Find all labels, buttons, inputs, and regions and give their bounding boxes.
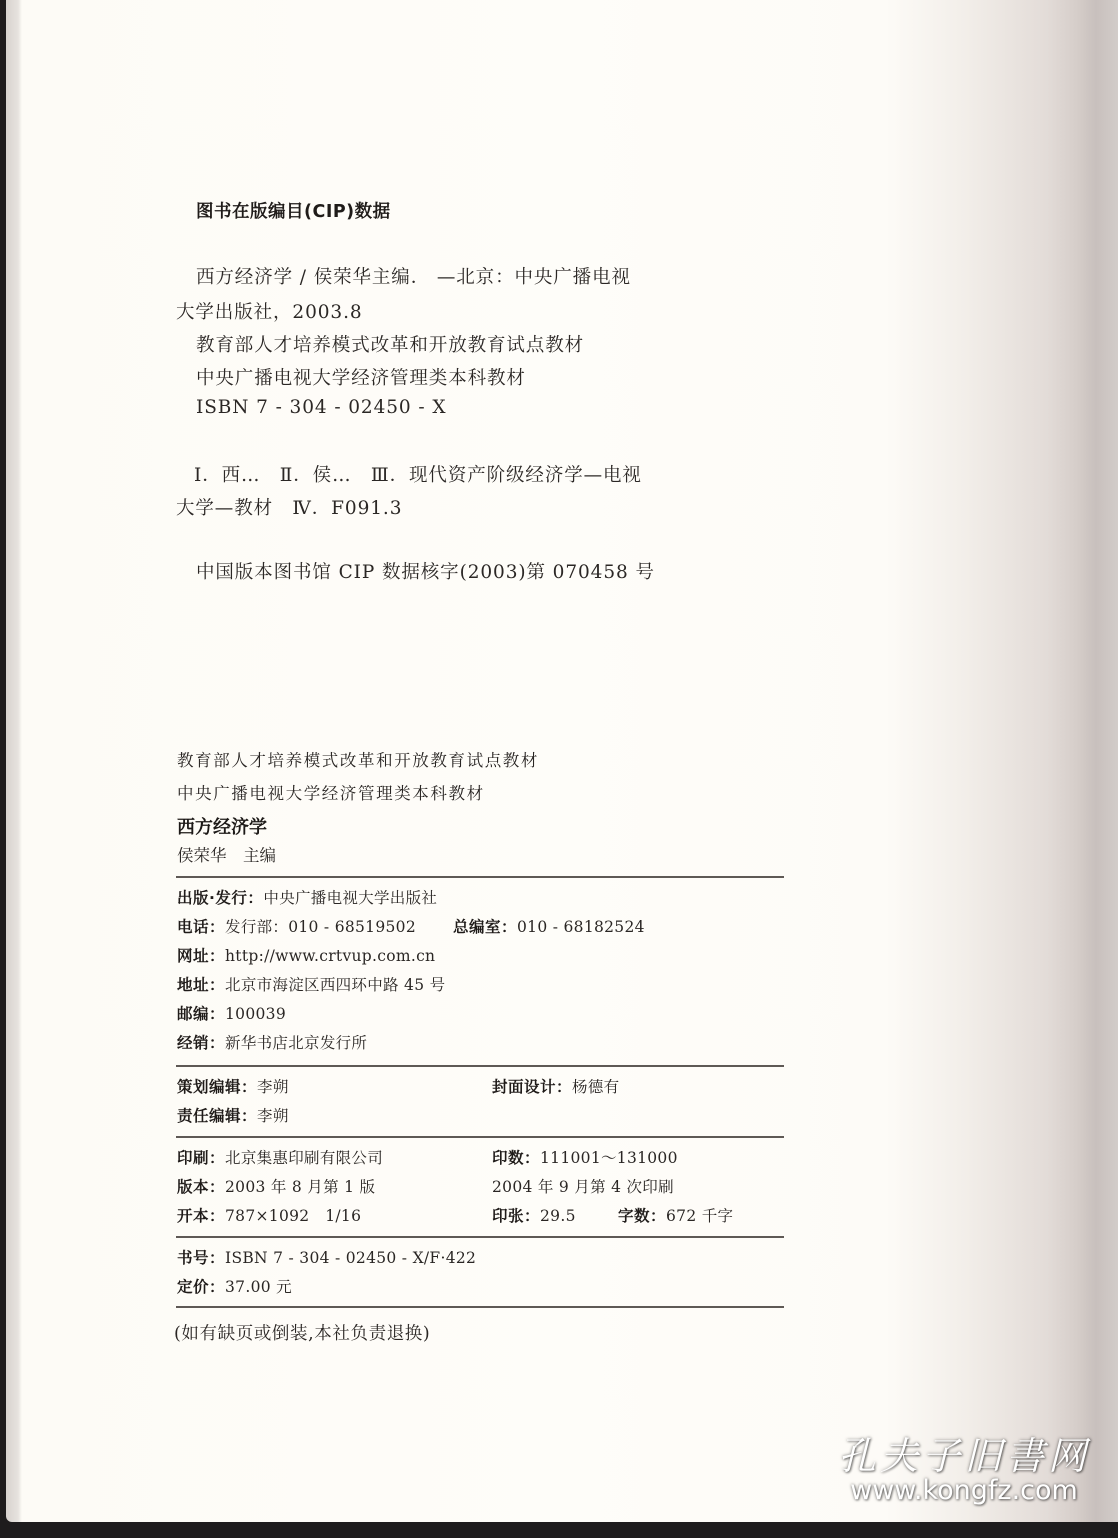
print-run-row: 印数：111001～131000 [492,1146,678,1168]
postcode-row: 邮编：100039 [177,1002,286,1024]
distributor-row: 经销：新华书店北京发行所 [177,1031,367,1053]
address-value: 北京市海淀区西四环中路 45 号 [225,976,445,994]
cover-design-row: 封面设计：杨德有 [492,1075,619,1097]
divider [176,1236,784,1238]
responsible-editor-label: 责任编辑： [177,1107,257,1125]
website-row: 网址：http://www.crtvup.com.cn [177,944,435,966]
watermark-name: 孔夫子旧書网 [838,1436,1090,1476]
cip-entry-line2: 大学出版社，2003.8 [176,298,363,324]
sheets-label: 印张： [492,1207,540,1225]
printer-row: 印刷：北京集惠印刷有限公司 [177,1146,383,1168]
edition-row: 版本：2003 年 8 月第 1 版 [177,1175,375,1197]
distributor-value: 新华书店北京发行所 [225,1034,367,1052]
book-copyright-page: 图书在版编目(CIP)数据 西方经济学 / 侯荣华主编． —北京：中央广播电视 … [6,0,1118,1522]
word-count-label: 字数： [618,1207,666,1225]
phone-editorial-row: 总编室：010 - 68182524 [453,915,645,937]
sheets-value: 29.5 [540,1207,576,1225]
return-notice: (如有缺页或倒装,本社负责退换) [174,1320,430,1345]
cover-design-label: 封面设计： [492,1078,572,1096]
colophon-series1: 教育部人才培养模式改革和开放教育试点教材 [177,747,539,771]
print-run-label: 印数： [492,1149,540,1167]
price-row: 定价：37.00 元 [177,1275,292,1297]
phone-row: 电话：发行部：010 - 68519502 [177,915,416,937]
phone-label: 电话： [177,918,225,936]
distributor-label: 经销： [177,1034,225,1052]
phone-distribution: 发行部：010 - 68519502 [225,918,416,936]
sheets-row: 印张：29.5 [492,1204,576,1226]
planning-editor-row: 策划编辑：李朔 [177,1075,289,1097]
print-run-value: 111001～131000 [540,1149,678,1167]
publisher-row: 出版·发行：中央广播电视大学出版社 [177,886,437,908]
postcode-value: 100039 [225,1005,286,1023]
price-value: 37.00 元 [225,1278,292,1296]
cip-isbn: ISBN 7 - 304 - 02450 - X [196,397,446,418]
divider [176,876,784,878]
book-title: 西方经济学 [177,813,267,839]
printing-value: 2004 年 9 月第 4 次印刷 [492,1178,674,1196]
book-number-value: ISBN 7 - 304 - 02450 - X/F·422 [225,1249,476,1267]
edition-label: 版本： [177,1178,225,1196]
cover-design-value: 杨德有 [572,1078,619,1096]
responsible-editor-value: 李朔 [257,1107,289,1125]
website-label: 网址： [177,947,225,965]
cip-series1: 教育部人才培养模式改革和开放教育试点教材 [196,331,584,357]
cip-entry-line1: 西方经济学 / 侯荣华主编． —北京：中央广播电视 [196,263,631,289]
phone-editorial-label: 总编室： [453,918,517,936]
format-label: 开本： [177,1207,225,1225]
word-count-value: 672 千字 [666,1207,733,1225]
publisher-value: 中央广播电视大学出版社 [263,889,437,907]
cip-heading: 图书在版编目(CIP)数据 [196,198,391,223]
postcode-label: 邮编： [177,1005,225,1023]
divider [176,1136,784,1138]
cip-record-number: 中国版本图书馆 CIP 数据核字(2003)第 070458 号 [196,558,655,584]
watermark: 孔夫子旧書网 www.kongfz.com [838,1436,1090,1506]
planning-editor-label: 策划编辑： [177,1078,257,1096]
edition-value: 2003 年 8 月第 1 版 [225,1178,375,1196]
printer-label: 印刷： [177,1149,225,1167]
cip-series2: 中央广播电视大学经济管理类本科教材 [196,364,526,390]
word-count-row: 字数：672 千字 [618,1204,733,1226]
price-label: 定价： [177,1278,225,1296]
book-number-row: 书号：ISBN 7 - 304 - 02450 - X/F·422 [177,1246,476,1268]
address-label: 地址： [177,976,225,994]
publisher-label: 出版·发行： [177,889,263,907]
planning-editor-value: 李朔 [257,1078,289,1096]
colophon-series2: 中央广播电视大学经济管理类本科教材 [177,780,485,804]
website-value: http://www.crtvup.com.cn [225,947,435,965]
phone-editorial-value: 010 - 68182524 [517,918,645,936]
cip-subject-line2: 大学—教材 Ⅳ．F091.3 [176,494,402,520]
address-row: 地址：北京市海淀区西四环中路 45 号 [177,973,445,995]
printing-row: 2004 年 9 月第 4 次印刷 [492,1175,674,1197]
divider [176,1065,784,1067]
cip-subject-line1: Ⅰ．西… Ⅱ．侯… Ⅲ．现代资产阶级经济学—电视 [194,461,642,487]
divider [176,1306,784,1308]
responsible-editor-row: 责任编辑：李朔 [177,1104,289,1126]
format-value: 787×1092 1/16 [225,1207,361,1225]
watermark-url: www.kongfz.com [838,1476,1090,1506]
format-row: 开本：787×1092 1/16 [177,1204,361,1226]
book-number-label: 书号： [177,1249,225,1267]
printer-value: 北京集惠印刷有限公司 [225,1149,383,1167]
chief-editor: 侯荣华 主编 [177,842,276,866]
